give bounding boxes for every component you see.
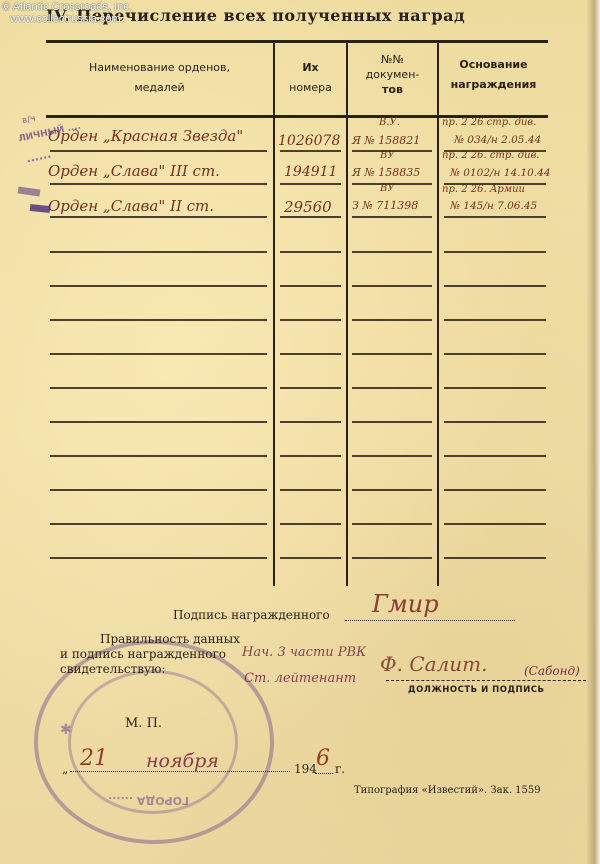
award-basis-line2: № 0102/н 14.10.44 <box>450 167 551 179</box>
row-underline <box>352 183 432 185</box>
row-underline <box>352 319 432 321</box>
document-series: В.У. <box>379 117 400 128</box>
date-day: 21 <box>80 746 108 771</box>
row-underline <box>352 353 432 355</box>
position-and-signature-caption: ДОЛЖНОСТЬ И ПОДПИСЬ <box>408 685 545 695</box>
column-divider-2 <box>346 43 348 586</box>
officer-name: (Сабонд) <box>524 664 580 678</box>
header-award-number-line2: номера <box>275 80 346 95</box>
document-number: З № 711398 <box>352 199 418 212</box>
row-underline <box>352 489 432 491</box>
officer-signature-line <box>386 680 586 681</box>
row-underline <box>50 319 267 321</box>
officer-signature: Ф. Салит. <box>380 652 487 676</box>
row-underline <box>280 216 341 218</box>
row-underline <box>50 251 267 253</box>
date-year-line <box>315 773 333 774</box>
awards-table: Наименование орденов, медалей Их номера … <box>46 40 548 586</box>
header-award-name-line1: Наименование орденов, <box>46 60 273 75</box>
header-document-number-line3: тов <box>348 82 437 97</box>
date-month: ноября <box>146 750 219 772</box>
row-underline <box>352 285 432 287</box>
row-underline <box>444 319 546 321</box>
row-underline <box>352 421 432 423</box>
seal-text-bottom: ГОРОДА ...... <box>108 794 189 807</box>
row-underline <box>444 387 546 389</box>
date-line <box>70 771 290 772</box>
seal-inner-ring <box>68 670 238 814</box>
header-award-number-line1: Их <box>275 60 346 75</box>
row-underline <box>280 251 341 253</box>
row-underline <box>444 523 546 525</box>
awardee-signature-line <box>345 620 515 621</box>
date-open-quote: „ <box>62 762 68 776</box>
row-underline <box>280 387 341 389</box>
row-underline <box>352 387 432 389</box>
certify-line-1: Правильность данных <box>100 632 240 646</box>
row-underline <box>50 557 267 559</box>
date-year-suffix: 6 <box>316 746 330 771</box>
award-basis-line2: № 034/н 2.05.44 <box>454 134 541 146</box>
printer-imprint: Типография «Известий». Зак. 1559 <box>354 785 541 796</box>
row-underline <box>280 319 341 321</box>
row-underline <box>50 183 267 185</box>
header-award-basis-line2: награждения <box>439 77 548 92</box>
award-number: 194911 <box>284 164 337 180</box>
row-underline <box>352 251 432 253</box>
row-underline <box>50 285 267 287</box>
date-year-prefix: 194 <box>294 762 317 776</box>
award-basis-line1: пр. 2 26. Армии <box>442 184 525 195</box>
document-number: Я № 158821 <box>352 134 420 147</box>
row-underline <box>444 150 546 152</box>
row-underline <box>280 557 341 559</box>
row-underline <box>280 455 341 457</box>
awardee-signature-label: Подпись награжденного <box>173 608 330 622</box>
award-name: Орден „Слава" III ст. <box>48 162 220 180</box>
award-basis-line2: № 145/н 7.06.45 <box>450 200 537 212</box>
header-award-number: Их номера <box>275 60 346 95</box>
header-award-basis: Основание награждения <box>439 57 548 92</box>
row-underline <box>280 523 341 525</box>
row-underline <box>50 353 267 355</box>
row-underline <box>280 285 341 287</box>
row-underline <box>280 353 341 355</box>
header-award-basis-line1: Основание <box>439 57 548 72</box>
row-underline <box>352 557 432 559</box>
award-name: Орден „Слава" II ст. <box>48 197 214 215</box>
row-underline <box>50 455 267 457</box>
row-underline <box>444 557 546 559</box>
seal-place-label: М. П. <box>125 716 162 731</box>
row-underline <box>444 489 546 491</box>
document-number: Я № 158835 <box>352 166 420 179</box>
row-underline <box>280 489 341 491</box>
certify-line-2: и подпись награжденного <box>60 647 226 661</box>
row-underline <box>444 455 546 457</box>
row-underline <box>50 150 267 152</box>
column-divider-1 <box>273 43 275 586</box>
date-year-unit: г. <box>335 762 345 776</box>
row-underline <box>352 216 432 218</box>
watermark-url: www.collectrussia.com <box>2 13 132 25</box>
table-top-border <box>46 40 548 43</box>
officer-position-2: Ст. лейтенант <box>244 671 356 686</box>
paper-edge <box>586 0 600 864</box>
awardee-signature: Гмир <box>372 590 439 618</box>
award-number: 1026078 <box>278 133 340 149</box>
header-document-number-line1: №№ <box>348 52 437 67</box>
column-divider-3 <box>437 43 439 586</box>
row-underline <box>444 251 546 253</box>
row-underline <box>352 523 432 525</box>
row-underline <box>50 216 267 218</box>
header-award-name-line2: медалей <box>46 80 273 95</box>
row-underline <box>352 455 432 457</box>
row-underline <box>280 421 341 423</box>
row-underline <box>50 489 267 491</box>
row-underline <box>50 421 267 423</box>
seal-star-icon: ✱ <box>60 722 72 738</box>
copyright-watermark: © Atlantic Crossroads, Inc. www.collectr… <box>2 1 132 25</box>
header-award-name: Наименование орденов, медалей <box>46 60 273 95</box>
row-underline <box>444 183 546 185</box>
certify-line-3: свидетельствую: <box>60 662 166 676</box>
row-underline <box>444 421 546 423</box>
officer-position-1: Нач. 3 части РВК <box>242 645 366 660</box>
row-underline <box>444 216 546 218</box>
watermark-copyright: © Atlantic Crossroads, Inc. <box>2 1 132 13</box>
award-number: 29560 <box>284 198 332 216</box>
row-underline <box>50 387 267 389</box>
award-basis-line1: пр. 2 26 стр. див. <box>442 117 536 128</box>
header-document-number: №№ докумен- тов <box>348 52 437 97</box>
row-underline <box>444 285 546 287</box>
row-underline <box>352 150 432 152</box>
row-underline <box>280 183 341 185</box>
header-document-number-line2: докумен- <box>348 67 437 82</box>
row-underline <box>50 523 267 525</box>
row-underline <box>280 150 341 152</box>
row-underline <box>444 353 546 355</box>
